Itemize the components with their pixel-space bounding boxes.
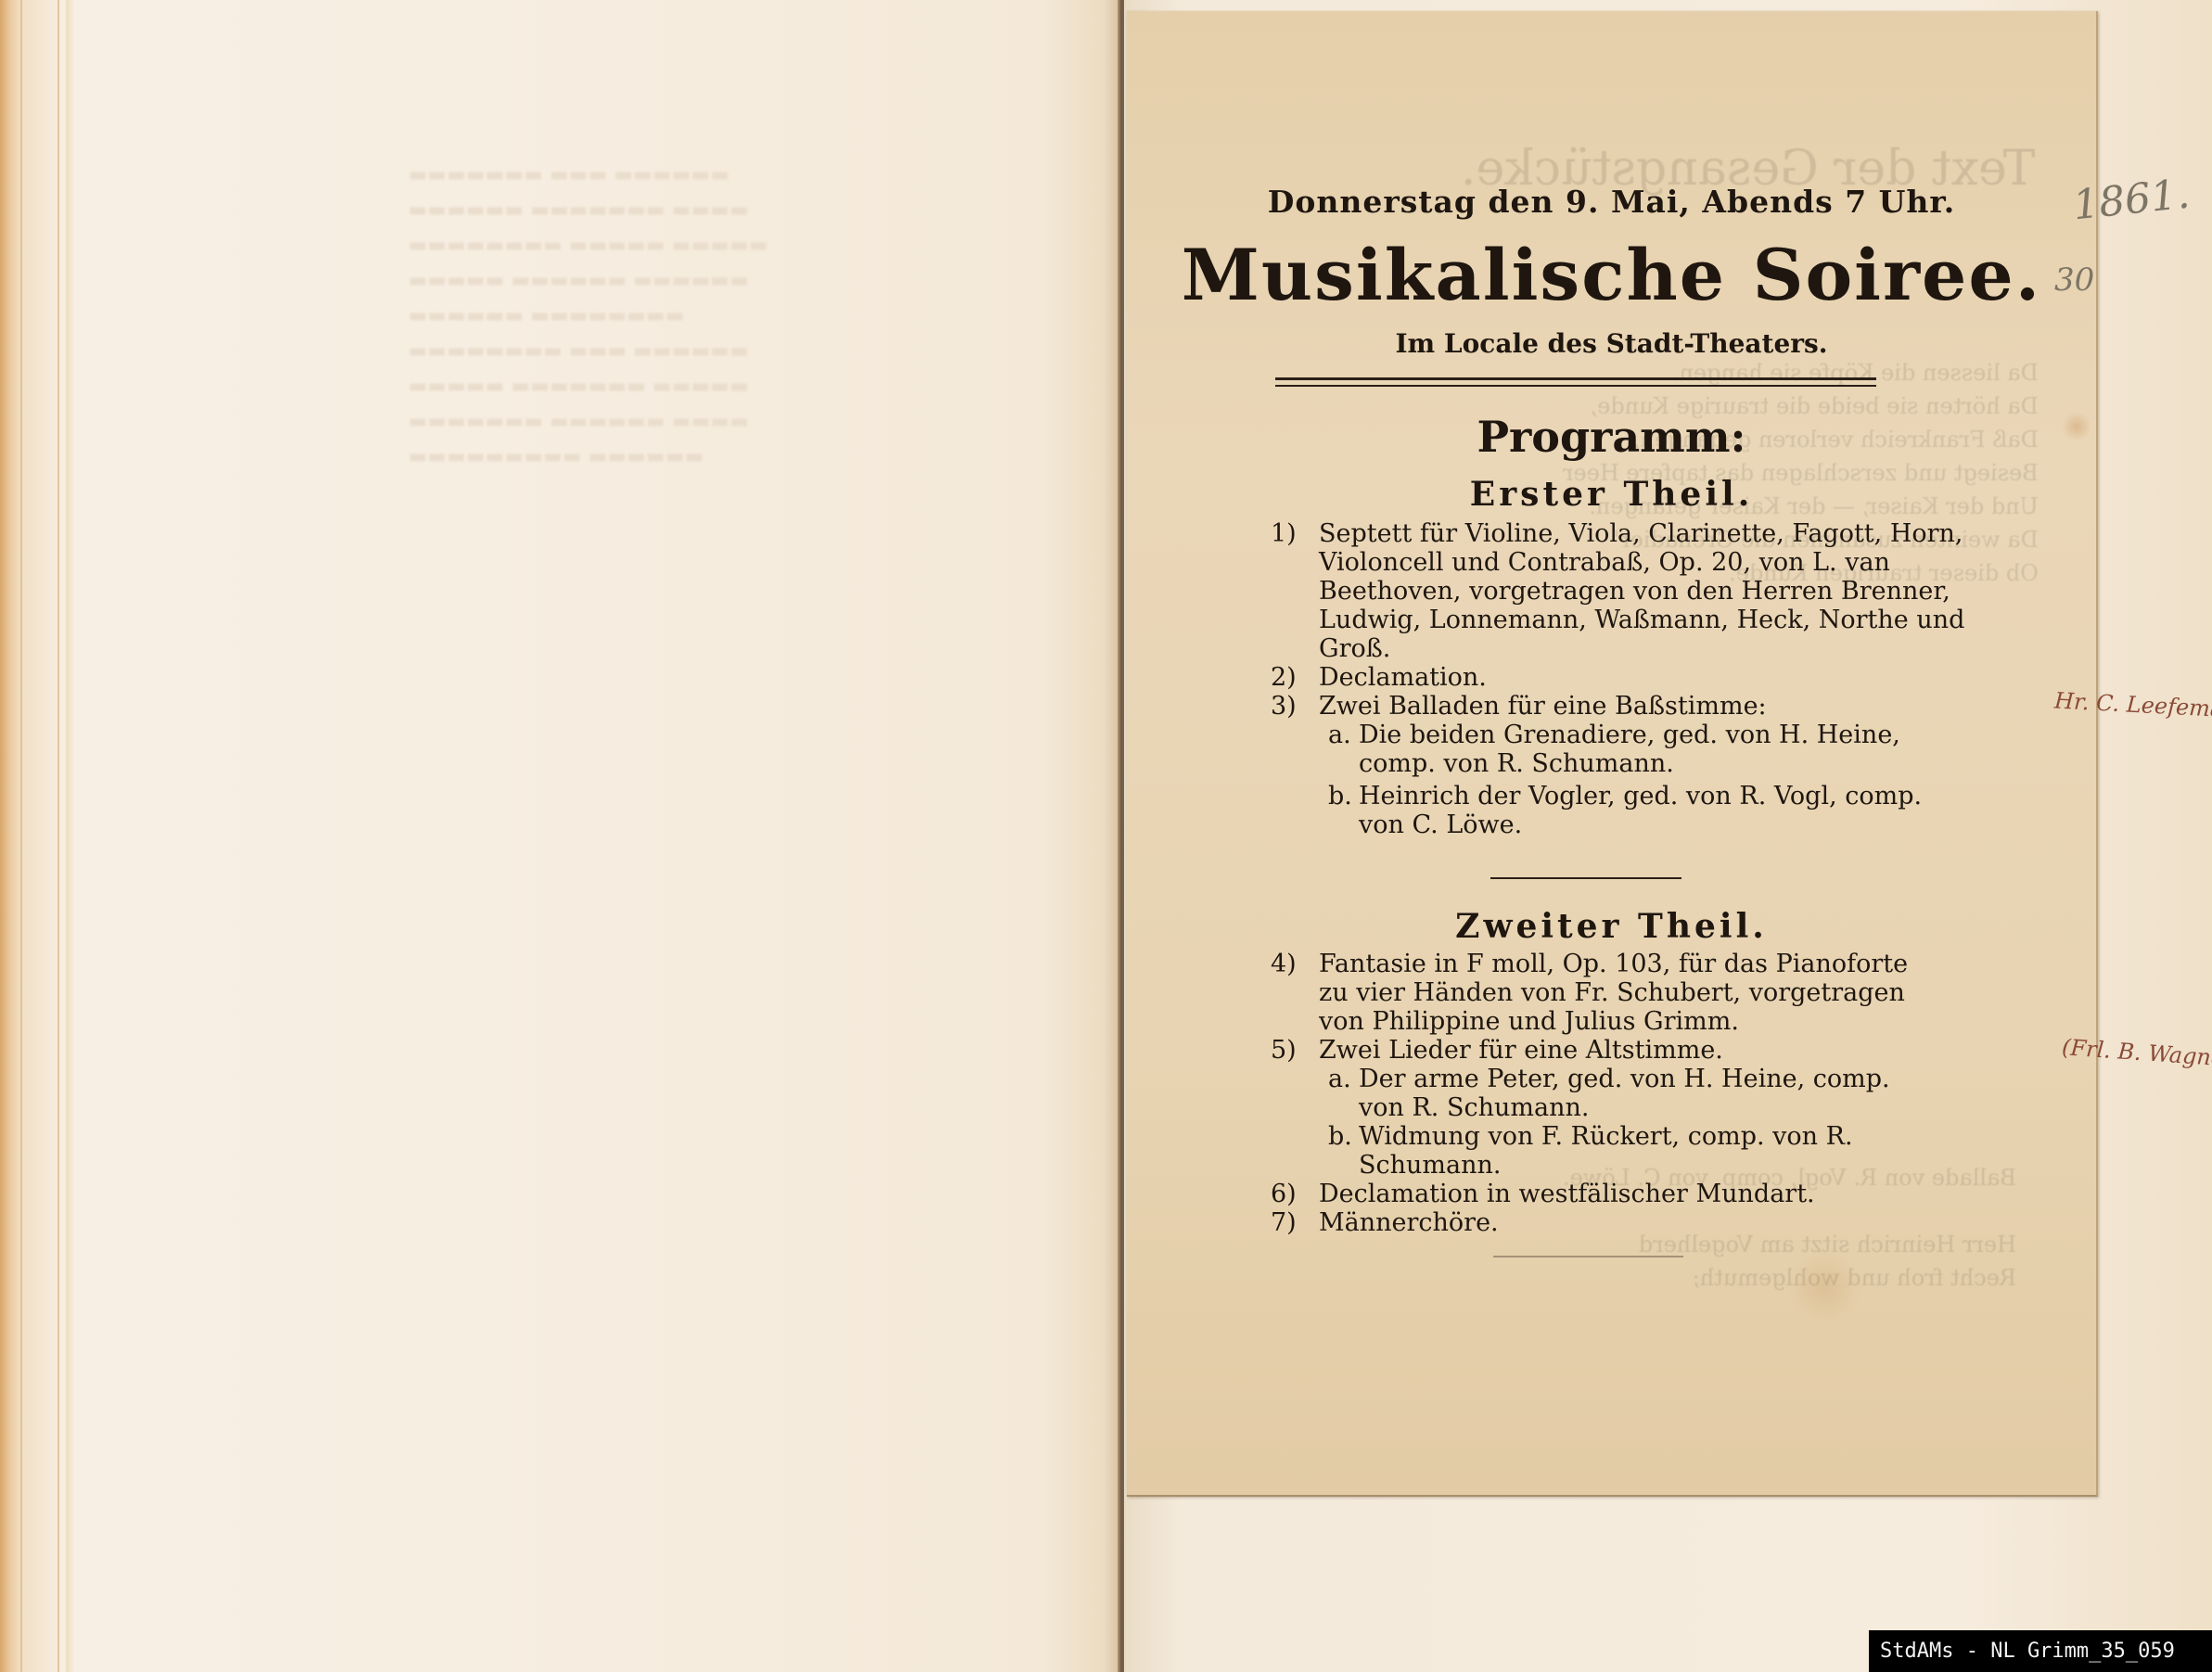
subitem-line: Heinrich der Vogler, ged. von R. Vogl, c… [1359, 782, 2078, 810]
program-subitem-3a: a. Die beiden Grenadiere, ged. von H. He… [1271, 721, 2078, 778]
venue-line: Im Locale des Stadt-Theaters. [1127, 328, 2096, 359]
item-line: Beethoven, vorgetragen von den Herren Br… [1319, 577, 2078, 606]
item-line: Zwei Lieder für eine Altstimme. [1319, 1036, 2078, 1065]
program-item-4: 4) Fantasie in F moll, Op. 103, für das … [1271, 950, 2078, 1036]
program-content: Donnerstag den 9. Mai, Abends 7 Uhr. Mus… [1127, 11, 2096, 1495]
subitem-line: von R. Schumann. [1359, 1093, 2078, 1122]
item-line: Violoncell und Contrabaß, Op. 20, von L.… [1319, 548, 2078, 577]
subitem-letter: b. [1328, 1122, 1352, 1151]
subitem-line: Schumann. [1359, 1151, 2078, 1180]
program-item-1: 1) Septett für Violine, Viola, Clarinett… [1271, 519, 2078, 663]
handwritten-page-number: 30 [2054, 262, 2094, 299]
item-number: 6) [1271, 1180, 1297, 1208]
program-heading: Programm: [1127, 412, 2096, 462]
section-divider [1490, 877, 1681, 879]
program-item-2: 2) Declamation. [1271, 663, 2078, 692]
page-edge-line [20, 0, 22, 1672]
section-heading-part-2: Zweiter Theil. [1127, 907, 2096, 946]
section-heading-part-1: Erster Theil. [1127, 475, 2096, 514]
subitem-line: Die beiden Grenadiere, ged. von H. Heine… [1359, 721, 2078, 749]
item-line: Groß. [1319, 634, 2078, 663]
event-date-line: Donnerstag den 9. Mai, Abends 7 Uhr. [1127, 184, 2096, 220]
program-item-7: 7) Männerchöre. [1271, 1208, 2078, 1237]
item-number: 3) [1271, 692, 1297, 721]
subitem-line: von C. Löwe. [1359, 810, 2078, 839]
subitem-line: comp. von R. Schumann. [1359, 749, 2078, 778]
archive-reference-label: StdAMs - NL Grimm_35_059 [1869, 1630, 2212, 1672]
item-line: Septett für Violine, Viola, Clarinette, … [1319, 519, 2078, 548]
item-line: Zwei Balladen für eine Baßstimme: [1319, 692, 2078, 721]
program-item-5: 5) Zwei Lieder für eine Altstimme. [1271, 1036, 2078, 1065]
program-title: Musikalische Soiree. [1127, 234, 2096, 316]
subitem-line: Der arme Peter, ged. von H. Heine, comp. [1359, 1065, 2078, 1093]
item-line: Declamation. [1319, 663, 2078, 692]
item-line: Fantasie in F moll, Op. 103, für das Pia… [1319, 950, 2078, 978]
item-line: von Philippine und Julius Grimm. [1319, 1007, 2078, 1036]
subitem-letter: a. [1328, 721, 1351, 749]
item-line: Männerchöre. [1319, 1208, 2078, 1237]
program-item-3: 3) Zwei Balladen für eine Baßstimme: [1271, 692, 2078, 721]
subitem-line: Widmung von F. Rückert, comp. von R. [1359, 1122, 2078, 1151]
double-rule-divider [1275, 377, 1876, 387]
show-through-text: ▬▬▬▬▬▬▬ ▬▬▬ ▬▬▬▬▬▬ ▬▬▬▬▬▬ ▬▬▬▬▬▬▬ ▬▬▬▬ ▬… [408, 158, 853, 475]
item-number: 7) [1271, 1208, 1297, 1237]
bleed-through-rule [1493, 1256, 1683, 1257]
program-subitem-5a: a. Der arme Peter, ged. von H. Heine, co… [1271, 1065, 2078, 1122]
item-line: Ludwig, Lonnemann, Waßmann, Heck, Northe… [1319, 606, 2078, 634]
part-1-items: 1) Septett für Violine, Viola, Clarinett… [1271, 519, 2078, 839]
page-edge-line [58, 0, 59, 1672]
program-subitem-5b: b. Widmung von F. Rückert, comp. von R. … [1271, 1122, 2078, 1180]
item-number: 2) [1271, 663, 1297, 692]
program-sheet: Text der Gesangstücke. Da liessen die Kö… [1127, 11, 2098, 1497]
subitem-letter: a. [1328, 1065, 1351, 1093]
program-subitem-3b: b. Heinrich der Vogler, ged. von R. Vogl… [1271, 782, 2078, 839]
item-line: zu vier Händen von Fr. Schubert, vorgetr… [1319, 978, 2078, 1007]
left-book-page: ▬▬▬▬▬▬▬ ▬▬▬ ▬▬▬▬▬▬ ▬▬▬▬▬▬ ▬▬▬▬▬▬▬ ▬▬▬▬ ▬… [0, 0, 1120, 1672]
item-line: Declamation in westfälischer Mundart. [1319, 1180, 2078, 1208]
subitem-letter: b. [1328, 782, 1352, 810]
part-2-items: 4) Fantasie in F moll, Op. 103, für das … [1271, 950, 2078, 1237]
item-number: 4) [1271, 950, 1297, 978]
item-number: 1) [1271, 519, 1297, 548]
item-number: 5) [1271, 1036, 1297, 1065]
program-item-6: 6) Declamation in westfälischer Mundart. [1271, 1180, 2078, 1208]
